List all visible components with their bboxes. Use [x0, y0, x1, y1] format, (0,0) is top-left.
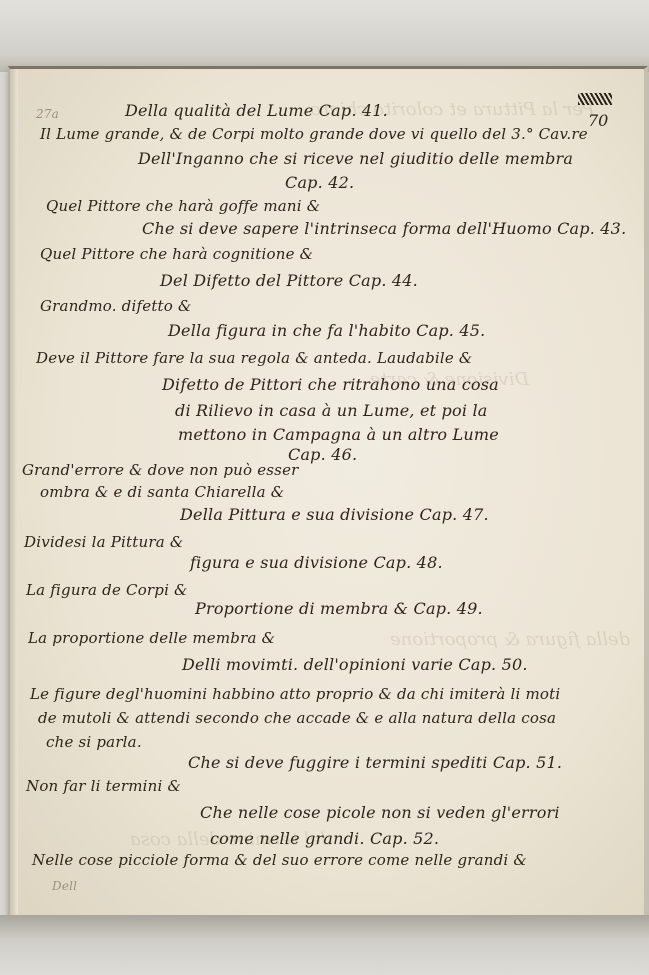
page-gutter [10, 69, 18, 919]
marginal-note: Grand'errore & dove non può esser [22, 461, 299, 479]
chapter-heading: Della figura in che fa l'habito Cap. 45. [168, 321, 485, 340]
marginal-note: che si parla. [46, 733, 142, 751]
chapter-heading: Cap. 42. [285, 173, 354, 192]
chapter-heading: Difetto de Pittori che ritrahono una cos… [162, 375, 499, 394]
marginal-note: La proportione delle membra & [28, 629, 275, 647]
marginal-note: La figura de Corpi & [26, 581, 188, 599]
background-top [0, 0, 649, 72]
marginal-note: Nelle cose picciole forma & del suo erro… [32, 851, 527, 869]
chapter-heading: Del Difetto del Pittore Cap. 44. [160, 271, 418, 290]
chapter-heading: Che si deve sapere l'intrinseca forma de… [142, 219, 626, 238]
chapter-heading: Della qualità del Lume Cap. 41. [125, 101, 388, 120]
manuscript-page: Per la Pittura et colorito chiaro Divisi… [8, 66, 648, 922]
chapter-heading: Che nelle cose picole non si veden gl'er… [200, 803, 560, 822]
marginal-note: Dividesi la Pittura & [24, 533, 183, 551]
chapter-heading: Dell'Inganno che si riceve nel giuditio … [138, 149, 573, 168]
faint-bottom-note: Dell [52, 879, 77, 893]
margin-note: 27a [36, 107, 59, 121]
marginal-note: Il Lume grande, & de Corpi molto grande … [40, 125, 588, 143]
chapter-heading: Proportione di membra & Cap. 49. [195, 599, 483, 618]
bleed-through-text: della figura & proportione [390, 629, 630, 650]
chapter-heading: come nelle grandi. Cap. 52. [210, 829, 439, 848]
marginal-note: ombra & e di santa Chiarella & [40, 483, 284, 501]
marginal-note: Quel Pittore che harà goffe mani & [46, 197, 320, 215]
marginal-note: Grandmo. difetto & [40, 297, 192, 315]
chapter-heading: mettono in Campagna à un altro Lume [178, 425, 499, 444]
chapter-heading: figura e sua divisione Cap. 48. [190, 553, 443, 572]
folio-number: 70 [588, 111, 608, 130]
chapter-heading: di Rilievo in casa à un Lume, et poi la [175, 401, 488, 420]
chapter-heading: Delli movimti. dell'opinioni varie Cap. … [182, 655, 528, 674]
marginal-note: de mutoli & attendi secondo che accade &… [38, 709, 556, 727]
background-bottom [0, 915, 649, 975]
chapter-heading: Che si deve fuggire i termini spediti Ca… [188, 753, 562, 772]
marginal-note: Le figure degl'huomini habbino atto prop… [30, 685, 560, 703]
corner-mark-icon [578, 93, 612, 105]
marginal-note: Quel Pittore che harà cognitione & [40, 245, 313, 263]
chapter-heading: Della Pittura e sua divisione Cap. 47. [180, 505, 489, 524]
marginal-note: Non far li termini & [26, 777, 181, 795]
marginal-note: Deve il Pittore fare la sua regola & ant… [36, 349, 472, 367]
